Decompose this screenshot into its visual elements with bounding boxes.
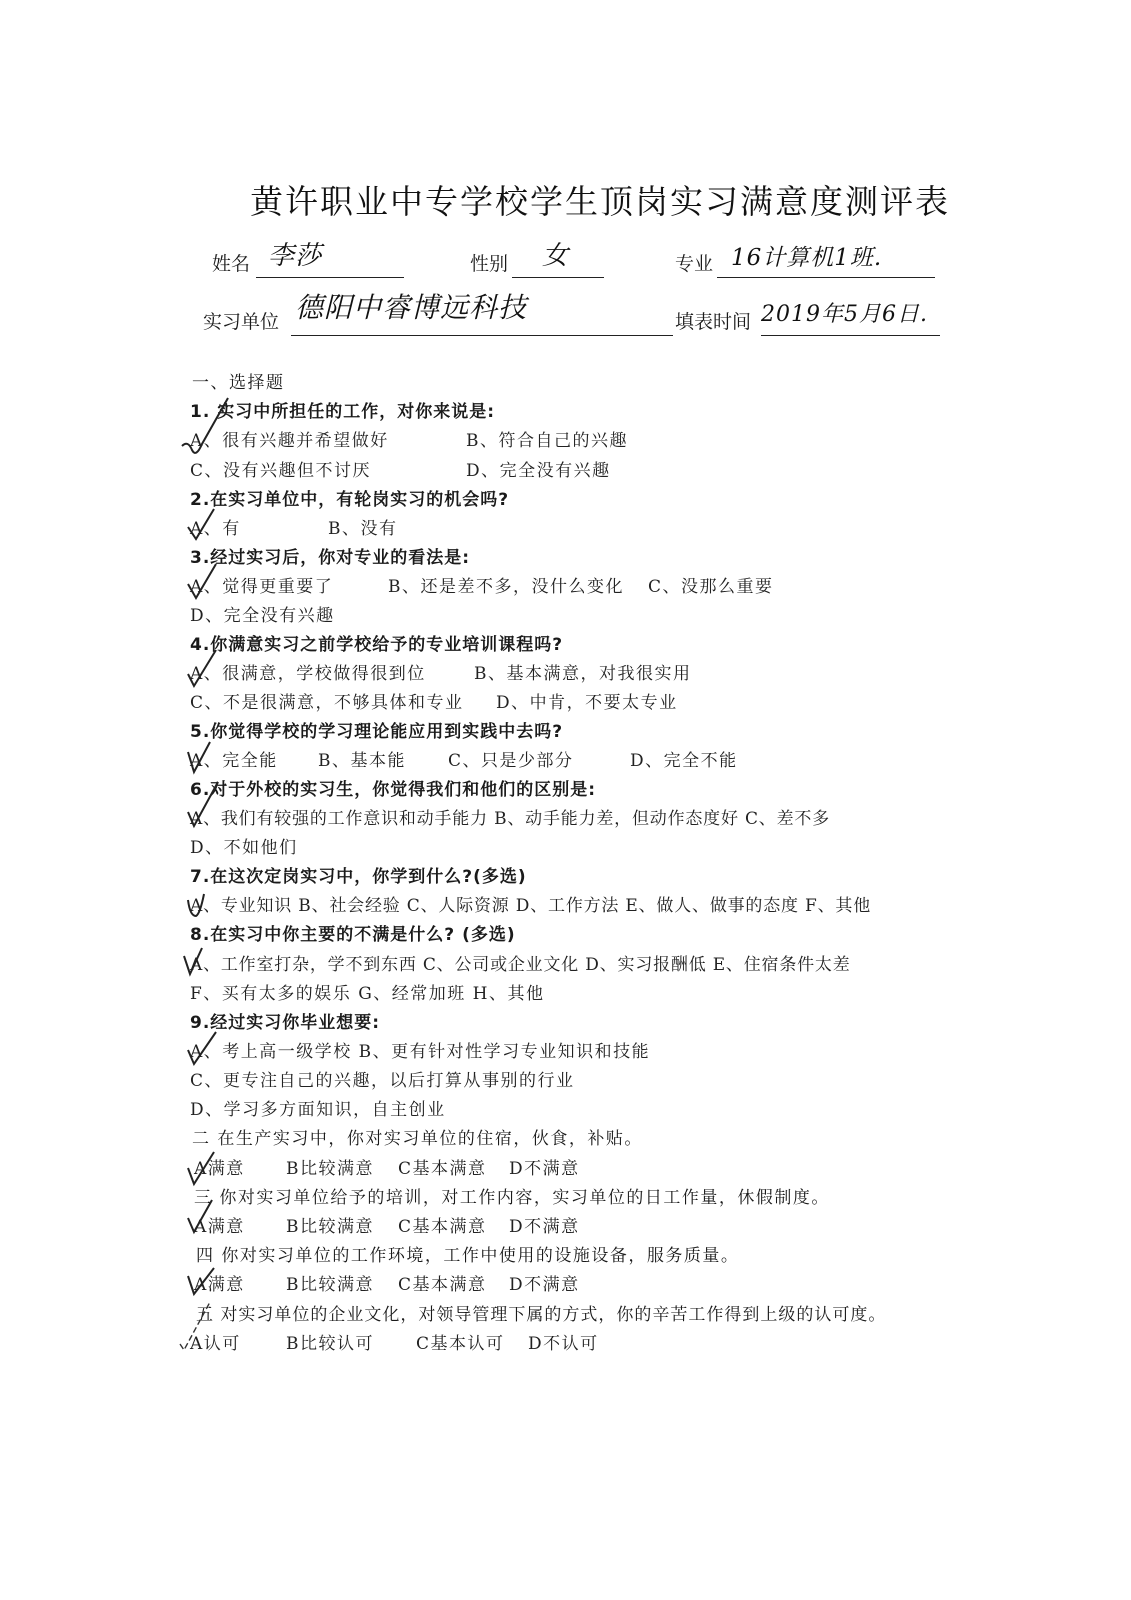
question-7: 7.在这次定岗实习中，你学到什么?(多选)	[190, 862, 527, 887]
question-3: 3.经过实习后，你对专业的看法是:	[190, 543, 470, 568]
q5-option-b[interactable]: B、基本能	[318, 746, 406, 771]
question-2: 2.在实习单位中，有轮岗实习的机会吗?	[190, 485, 509, 510]
rating-3-option-c[interactable]: C基本满意	[398, 1212, 487, 1237]
check-mark-icon	[186, 740, 216, 774]
question-1: 1. 实习中所担任的工作，对你来说是:	[190, 397, 495, 422]
q8-options-line-2[interactable]: F、买有太多的娱乐 G、经常加班 H、其他	[190, 979, 545, 1004]
name-field[interactable]: 姓名 李莎	[212, 238, 404, 278]
check-mark-icon	[186, 560, 218, 600]
q4-option-d[interactable]: D、中肯，不要太专业	[496, 688, 678, 713]
rating-4-question: 四 你对实习单位的工作环境，工作中使用的设施设备，服务质量。	[196, 1241, 739, 1266]
q1-option-b[interactable]: B、符合自己的兴趣	[466, 426, 628, 451]
check-mark-icon	[186, 648, 218, 688]
q3-option-d[interactable]: D、完全没有兴趣	[190, 601, 335, 626]
check-mark-icon	[186, 1150, 216, 1186]
rating-2-option-c[interactable]: C基本满意	[398, 1154, 487, 1179]
q5-option-c[interactable]: C、只是少部分	[448, 746, 574, 771]
gender-label: 性别	[470, 249, 508, 276]
q3-option-b[interactable]: B、还是差不多，没什么变化	[388, 572, 624, 597]
date-field[interactable]: 填表时间 2019年5月6日.	[675, 292, 940, 336]
rating-4-option-c[interactable]: C基本满意	[398, 1270, 487, 1295]
question-5: 5.你觉得学校的学习理论能应用到实践中去吗?	[190, 717, 563, 742]
question-4: 4.你满意实习之前学校给予的专业培训课程吗?	[190, 630, 563, 655]
q6-option-d[interactable]: D、不如他们	[190, 833, 298, 858]
unit-field[interactable]: 实习单位 德阳中睿博远科技	[203, 292, 673, 336]
rating-5-option-b[interactable]: B比较认可	[286, 1329, 374, 1354]
rating-5-question: 五 对实习单位的企业文化，对领导管理下属的方式，你的辛苦工作得到上级的认可度。	[196, 1300, 886, 1325]
q9-option-c[interactable]: C、更专注自己的兴趣，以后打算从事别的行业	[190, 1066, 575, 1091]
form-title: 黄许职业中专学校学生顶岗实习满意度测评表	[250, 176, 950, 223]
rating-2-option-b[interactable]: B比较满意	[286, 1154, 374, 1179]
check-mark-icon	[186, 505, 216, 541]
q4-option-c[interactable]: C、不是很满意，不够具体和专业	[190, 688, 464, 713]
date-value: 2019年5月6日.	[761, 297, 928, 328]
rating-4-option-d[interactable]: D不满意	[509, 1270, 580, 1295]
q6-options-line-1[interactable]: A、我们有较强的工作意识和动手能力 B、动手能力差，但动作态度好 C、差不多	[190, 804, 830, 829]
q3-option-c[interactable]: C、没那么重要	[648, 572, 774, 597]
rating-2-option-d[interactable]: D不满意	[509, 1154, 580, 1179]
gender-value: 女	[542, 235, 569, 272]
gender-field[interactable]: 性别 女	[470, 238, 604, 278]
q5-option-d[interactable]: D、完全不能	[630, 746, 738, 771]
unit-label: 实习单位	[203, 307, 279, 334]
check-mark-icon	[180, 396, 230, 462]
rating-4-option-b[interactable]: B比较满意	[286, 1270, 374, 1295]
rating-5-option-d[interactable]: D不认可	[528, 1329, 599, 1354]
check-mark-icon	[186, 892, 212, 918]
question-8: 8.在实习中你主要的不满是什么? (多选)	[190, 920, 516, 945]
name-value: 李莎	[268, 235, 322, 272]
section-heading-choice: 一、选择题	[192, 368, 285, 393]
date-label: 填表时间	[675, 307, 751, 334]
q7-options-line-1[interactable]: A、专业知识 B、社会经验 C、人际资源 D、工作方法 E、做人、做事的态度 F…	[190, 891, 871, 916]
q1-option-d[interactable]: D、完全没有兴趣	[466, 456, 611, 481]
question-6: 6.对于外校的实习生，你觉得我们和他们的区别是:	[190, 775, 596, 800]
major-label: 专业	[675, 249, 713, 276]
unit-value: 德阳中睿博远科技	[295, 286, 527, 326]
rating-2-question: 二 在生产实习中，你对实习单位的住宿，伙食，补贴。	[192, 1124, 643, 1149]
rating-5-option-c[interactable]: C基本认可	[416, 1329, 505, 1354]
check-mark-icon	[186, 1266, 216, 1296]
rating-3-question: 三 你对实习单位给予的培训，对工作内容，实习单位的日工作量，休假制度。	[194, 1183, 830, 1208]
major-field[interactable]: 专业 16计算机1班.	[675, 238, 935, 278]
q4-option-b[interactable]: B、基本满意，对我很实用	[474, 659, 692, 684]
rating-3-option-b[interactable]: B比较满意	[286, 1212, 374, 1237]
check-mark-icon	[178, 1300, 214, 1352]
q2-option-b[interactable]: B、没有	[328, 514, 398, 539]
check-mark-icon	[182, 946, 210, 976]
q4-option-a[interactable]: A、很满意，学校做得很到位	[190, 659, 426, 684]
question-9: 9.经过实习你毕业想要:	[190, 1008, 380, 1033]
check-mark-icon	[186, 1030, 218, 1066]
name-label: 姓名	[212, 249, 250, 276]
q9-option-d[interactable]: D、学习多方面知识，自主创业	[190, 1095, 446, 1120]
check-mark-icon	[186, 1198, 216, 1234]
q9-options-line-1[interactable]: A、考上高一级学校 B、更有针对性学习专业知识和技能	[190, 1037, 650, 1062]
major-value: 16计算机1班.	[731, 239, 882, 272]
rating-3-option-d[interactable]: D不满意	[509, 1212, 580, 1237]
q8-options-line-1[interactable]: A、工作室打杂，学不到东西 C、公司或企业文化 D、实习报酬低 E、住宿条件太差	[190, 950, 851, 975]
check-mark-icon	[186, 780, 220, 828]
